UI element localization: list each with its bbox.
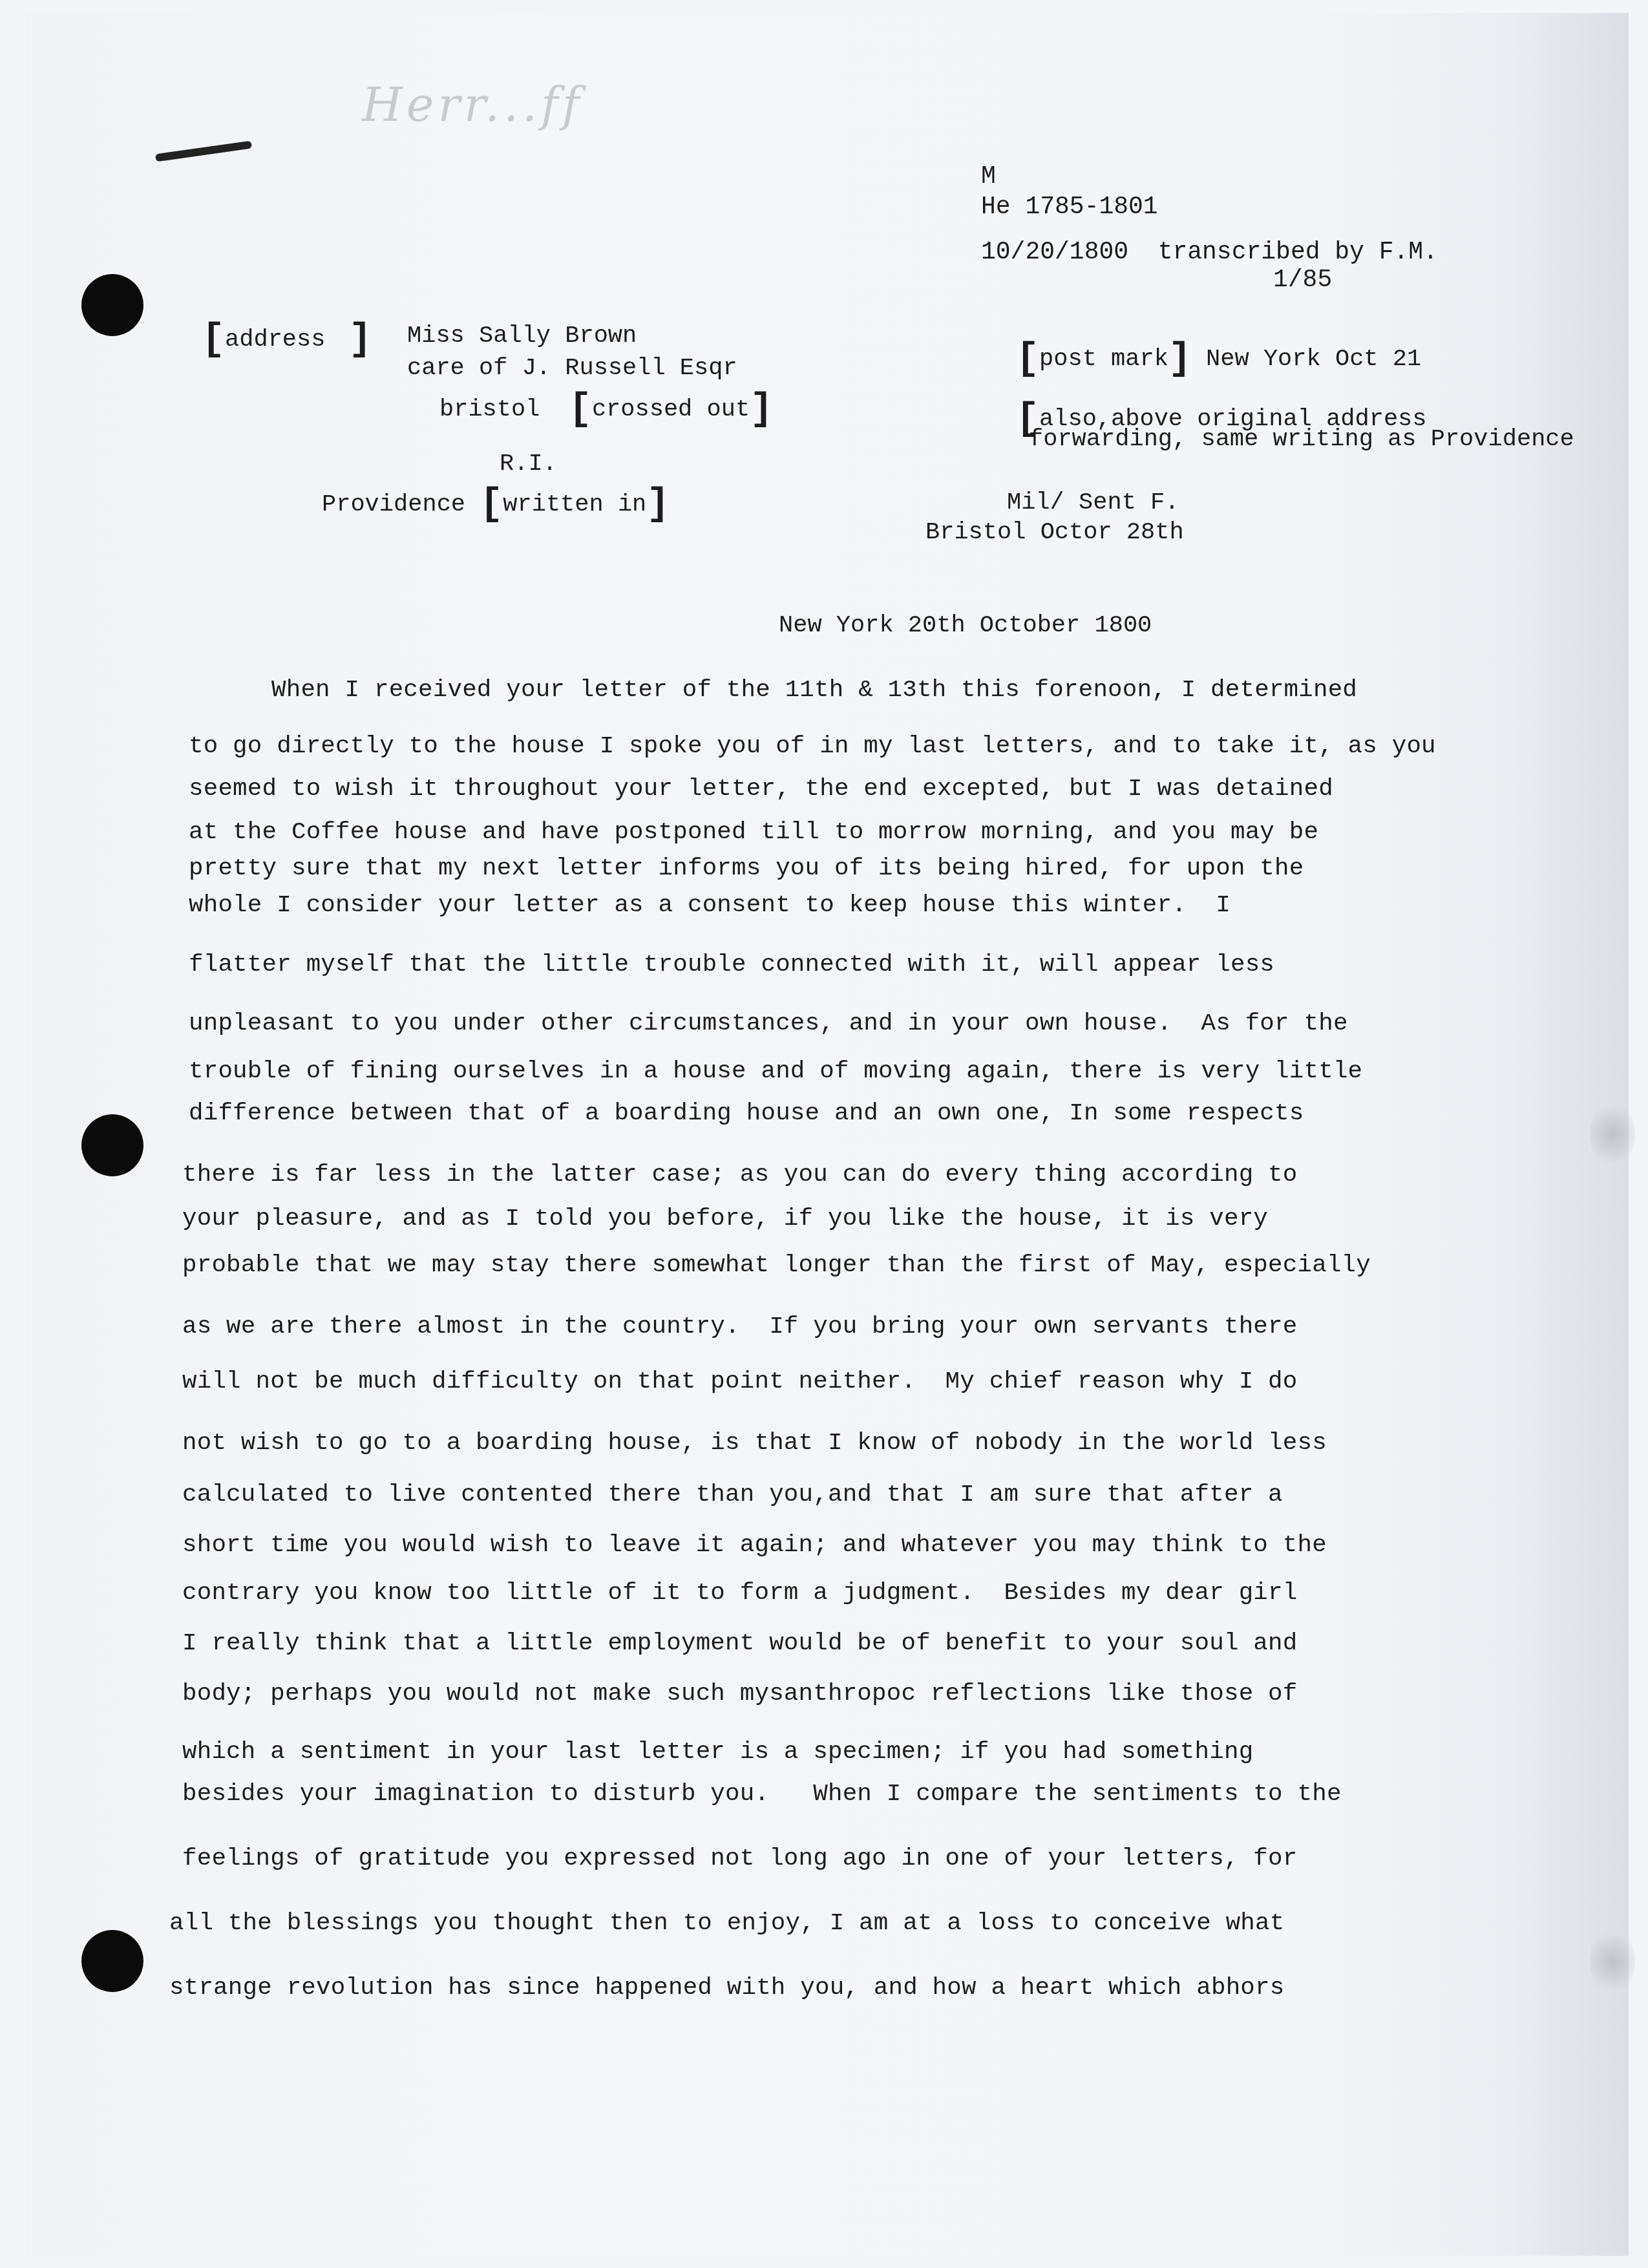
- body-line: all the blessings you thought then to en…: [169, 1912, 1284, 1936]
- body-line: pretty sure that my next letter informs …: [189, 857, 1304, 882]
- postmark-line: [post mark] New York Oct 21: [1016, 336, 1421, 375]
- recipient-city: bristol: [439, 396, 540, 423]
- letter-dateline: New York 20th October 1800: [779, 614, 1152, 638]
- body-line: strange revolution has since happened wi…: [169, 1977, 1284, 2001]
- body-line: feelings of gratitude you expressed not …: [182, 1847, 1297, 1872]
- punch-hole-middle: [81, 1114, 143, 1176]
- body-line: at the Coffee house and have postponed t…: [189, 821, 1318, 845]
- body-line: to go directly to the house I spoke you …: [189, 735, 1436, 759]
- body-line: trouble of fining ourselves in a house a…: [189, 1060, 1362, 1085]
- sent-date: Bristol Octor 28th: [925, 521, 1184, 545]
- postal-note-line2: forwarding, same writing as Providence: [1029, 428, 1574, 452]
- body-line: which a sentiment in your last letter is…: [182, 1741, 1253, 1765]
- forward-note: written in: [503, 491, 646, 518]
- body-line: When I received your letter of the 11th …: [271, 679, 1357, 703]
- punch-hole-top: [81, 274, 143, 336]
- body-line: difference between that of a boarding ho…: [189, 1102, 1304, 1127]
- city-note: crossed out: [592, 396, 750, 423]
- sent-line: Mil/ Sent F.: [1007, 491, 1179, 515]
- body-line: besides your imagination to disturb you.…: [182, 1783, 1342, 1807]
- body-line: contrary you know too little of it to fo…: [182, 1582, 1297, 1606]
- ghost-hole-mark: [1590, 1099, 1635, 1170]
- body-line: there is far less in the latter case; as…: [182, 1163, 1297, 1188]
- forward-city: Providence: [322, 491, 465, 518]
- punch-hole-bottom: [81, 1930, 143, 1992]
- body-line: will not be much difficulty on that poin…: [182, 1370, 1297, 1395]
- recipient-care-of: care of J. Russell Esqr: [407, 357, 737, 381]
- body-line: flatter myself that the little trouble c…: [189, 953, 1274, 978]
- pencil-annotation: Herr...ff: [362, 78, 583, 132]
- header-mark: M: [981, 165, 996, 189]
- recipient-name: Miss Sally Brown: [407, 324, 637, 348]
- forward-city-line: Providence [written in]: [322, 482, 670, 520]
- address-label: [address ]: [202, 317, 372, 355]
- recipient-city-line: bristol [crossed out]: [439, 387, 773, 425]
- body-line: as we are there almost in the country. I…: [182, 1315, 1297, 1340]
- header-collection: He 1785-1801: [981, 195, 1158, 220]
- body-line: I really think that a little employment …: [182, 1632, 1297, 1657]
- ghost-hole-mark: [1590, 1926, 1635, 1997]
- body-line: whole I consider your letter as a consen…: [189, 894, 1231, 918]
- header-transcribed-date: 1/85: [1273, 268, 1332, 293]
- postmark-value: New York Oct 21: [1206, 346, 1421, 373]
- body-line: your pleasure, and as I told you before,…: [182, 1207, 1268, 1232]
- body-line: seemed to wish it throughout your letter…: [189, 778, 1333, 802]
- body-line: body; perhaps you would not make such my…: [182, 1682, 1297, 1707]
- postmark-label: post mark: [1039, 346, 1168, 373]
- body-line: probable that we may stay there somewhat…: [182, 1254, 1371, 1278]
- recipient-state: R.I.: [500, 452, 557, 476]
- body-line: short time you would wish to leave it ag…: [182, 1534, 1327, 1558]
- body-line: unpleasant to you under other circumstan…: [189, 1012, 1348, 1037]
- body-line: calculated to live contented there than …: [182, 1483, 1283, 1508]
- header-date-transcriber: 10/20/1800 transcribed by F.M.: [981, 240, 1438, 265]
- body-line: not wish to go to a boarding house, is t…: [182, 1432, 1327, 1456]
